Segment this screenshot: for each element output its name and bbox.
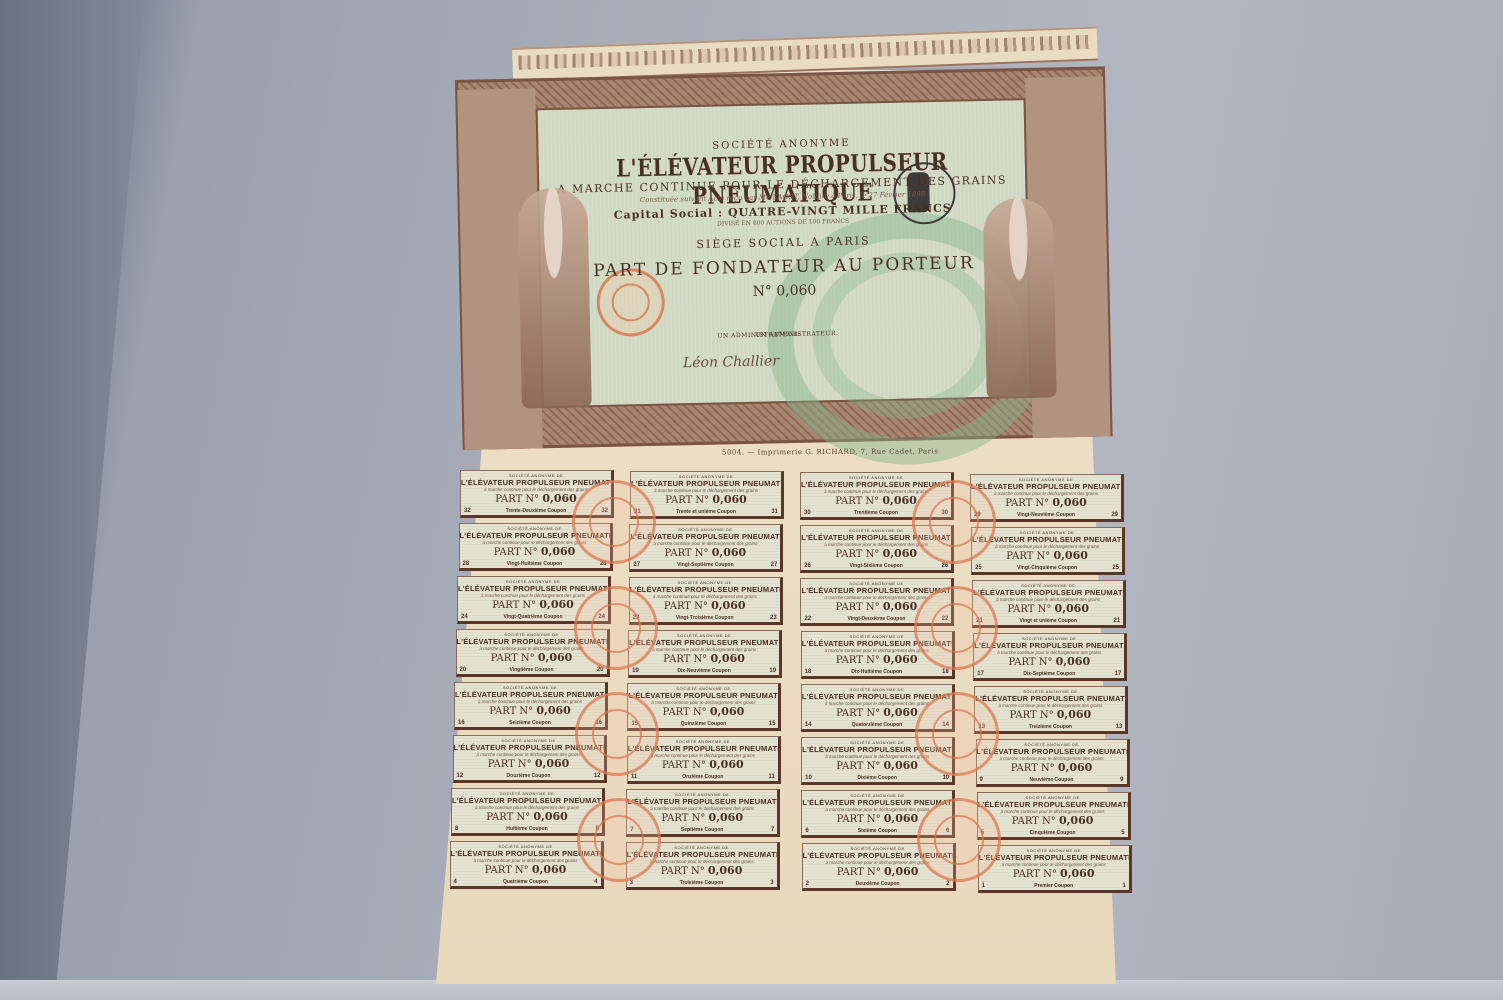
coupon-company-name: L'ÉLÉVATEUR PROPULSEUR PNEUMATIQUE [977, 747, 1127, 756]
coupon-part-number: PART N° 0,060 [978, 814, 1128, 827]
coupon: SOCIÉTÉ ANONYME DEL'ÉLÉVATEUR PROPULSEUR… [628, 630, 782, 678]
coupon: SOCIÉTÉ ANONYME DEL'ÉLÉVATEUR PROPULSEUR… [973, 633, 1127, 681]
coupon-company-name: L'ÉLÉVATEUR PROPULSEUR PNEUMATIQUE [454, 743, 604, 752]
part-number: 0,060 [1053, 549, 1087, 562]
coupon-part-number: PART N° 0,060 [979, 867, 1129, 880]
coupon: SOCIÉTÉ ANONYME DEL'ÉLÉVATEUR PROPULSEUR… [629, 524, 783, 572]
coupon-ordinal: Quatorzième Coupon [802, 722, 952, 728]
coupon-ordinal: Trente et unième Coupon [631, 509, 781, 515]
coupon-company-name: L'ÉLÉVATEUR PROPULSEUR PNEUMATIQUE [801, 586, 951, 595]
coupon-ordinal: Dix-Huitième Coupon [802, 669, 952, 675]
coupon-part-number: PART N° 0,060 [802, 812, 952, 825]
part-number: 0,060 [535, 757, 569, 770]
part-number: 0,060 [709, 811, 743, 824]
coupon: SOCIÉTÉ ANONYME DEL'ÉLÉVATEUR PROPULSEUR… [450, 841, 604, 889]
coupon: SOCIÉTÉ ANONYME DEL'ÉLÉVATEUR PROPULSEUR… [459, 523, 613, 571]
part-label: PART N° [1007, 604, 1051, 615]
coupon-company-name: L'ÉLÉVATEUR PROPULSEUR PNEUMATIQUE [455, 690, 605, 699]
part-number: 0,060 [709, 758, 743, 771]
coupon-part-number: PART N° 0,060 [802, 706, 952, 719]
capital-label: Capital Social : [614, 206, 724, 221]
coupon: SOCIÉTÉ ANONYME DEL'ÉLÉVATEUR PROPULSEUR… [801, 737, 955, 785]
coupon-part-number: PART N° 0,060 [627, 811, 777, 824]
coupon-ordinal: Cinquième Coupon [978, 830, 1128, 836]
part-label: PART N° [488, 759, 532, 770]
coupon: SOCIÉTÉ ANONYME DEL'ÉLÉVATEUR PROPULSEUR… [978, 845, 1132, 893]
coupon-ordinal: Vingt-Cinquième Coupon [972, 565, 1122, 571]
coupon-number-right: 28 [600, 561, 607, 567]
coupon-part-number: PART N° 0,060 [801, 547, 951, 560]
part-label: PART N° [1013, 869, 1057, 880]
part-label: PART N° [665, 548, 709, 559]
part-number: 0,060 [536, 704, 570, 717]
part-label: PART N° [836, 655, 880, 666]
coupon-number-right: 21 [1114, 618, 1121, 624]
coupon: SOCIÉTÉ ANONYME DEL'ÉLÉVATEUR PROPULSEUR… [627, 736, 781, 784]
coupon-company-name: L'ÉLÉVATEUR PROPULSEUR PNEUMATIQUE [801, 480, 951, 489]
coupon-number-right: 32 [601, 508, 608, 514]
part-number: 0,060 [884, 812, 918, 825]
coupon: SOCIÉTÉ ANONYME DEL'ÉLÉVATEUR PROPULSEUR… [456, 629, 610, 677]
coupon-number-right: 7 [771, 827, 774, 833]
coupon-ordinal: Trentième Coupon [801, 510, 951, 516]
coupon-ordinal: Deuxième Coupon [803, 881, 953, 887]
coupon-number-right: 13 [1116, 724, 1123, 730]
coupon: SOCIÉTÉ ANONYME DEL'ÉLÉVATEUR PROPULSEUR… [970, 474, 1124, 522]
coupon: SOCIÉTÉ ANONYME DEL'ÉLÉVATEUR PROPULSEUR… [800, 578, 954, 626]
coupon-company-name: L'ÉLÉVATEUR PROPULSEUR PNEUMATIQUE [460, 531, 610, 540]
coupon-part-number: PART N° 0,060 [452, 810, 602, 823]
coupon-company-name: L'ÉLÉVATEUR PROPULSEUR PNEUMATIQUE [802, 745, 952, 754]
part-number: 0,060 [883, 547, 917, 560]
background-fold [0, 0, 150, 1000]
coupon-company-name: L'ÉLÉVATEUR PROPULSEUR PNEUMATIQUE [629, 638, 779, 647]
coupon: SOCIÉTÉ ANONYME DEL'ÉLÉVATEUR PROPULSEUR… [974, 686, 1128, 734]
coupon-number-right: 25 [1112, 565, 1119, 571]
coupon-ordinal: Quinzième Coupon [628, 721, 778, 727]
coupon-company-name: L'ÉLÉVATEUR PROPULSEUR PNEUMATIQUE [631, 479, 781, 488]
coupon-number-right: 5 [1121, 830, 1124, 836]
part-number: 0,060 [532, 863, 566, 876]
coupon-part-number: PART N° 0,060 [457, 651, 607, 664]
coupon-ordinal: Vingt-Troisième Coupon [630, 615, 780, 621]
coupon-company-name: L'ÉLÉVATEUR PROPULSEUR PNEUMATIQUE [461, 478, 611, 487]
coupon: SOCIÉTÉ ANONYME DEL'ÉLÉVATEUR PROPULSEUR… [800, 472, 954, 520]
part-number: 0,060 [533, 810, 567, 823]
certificate-main-panel: SOCIÉTÉ ANONYME L'ÉLÉVATEUR PROPULSEUR P… [455, 66, 1113, 450]
coupon-company-name: L'ÉLÉVATEUR PROPULSEUR PNEUMATIQUE [627, 850, 777, 859]
coupon-part-number: PART N° 0,060 [461, 492, 611, 505]
coupon: SOCIÉTÉ ANONYME DEL'ÉLÉVATEUR PROPULSEUR… [629, 577, 783, 625]
part-label: PART N° [485, 865, 529, 876]
part-label: PART N° [489, 706, 533, 717]
coupon-part-number: PART N° 0,060 [451, 863, 601, 876]
printer-imprint: 5004. — Imprimerie G. RICHARD, 7, Rue Ca… [722, 447, 938, 456]
coupon: SOCIÉTÉ ANONYME DEL'ÉLÉVATEUR PROPULSEUR… [460, 470, 614, 518]
coupon-part-number: PART N° 0,060 [802, 759, 952, 772]
coupon-ordinal: Sixième Coupon [802, 828, 952, 834]
coupon-part-number: PART N° 0,060 [458, 598, 608, 611]
coupon-number-right: 23 [770, 615, 777, 621]
coupon-part-number: PART N° 0,060 [454, 757, 604, 770]
coupon: SOCIÉTÉ ANONYME DEL'ÉLÉVATEUR PROPULSEUR… [971, 527, 1125, 575]
part-number: 0,060 [883, 706, 917, 719]
part-label: PART N° [665, 495, 709, 506]
coupon-ordinal: Dixième Coupon [802, 775, 952, 781]
coupon-number-right: 3 [770, 880, 773, 886]
part-label: PART N° [494, 547, 538, 558]
part-label: PART N° [837, 867, 881, 878]
coupon-number-right: 1 [1122, 883, 1125, 889]
part-number: 0,060 [882, 494, 916, 507]
part-number: 0,060 [710, 705, 744, 718]
coupon-number-right: 10 [942, 775, 949, 781]
part-label: PART N° [835, 496, 879, 507]
coupon-number-right: 19 [769, 668, 776, 674]
part-label: PART N° [661, 866, 705, 877]
coupon-ordinal: Vingt-Sixième Coupon [801, 563, 951, 569]
part-number: 0,060 [1058, 761, 1092, 774]
coupon-ordinal: Vingtième Coupon [457, 667, 607, 673]
coupon-part-number: PART N° 0,060 [631, 493, 781, 506]
coupon-part-number: PART N° 0,060 [972, 549, 1122, 562]
coupon-number-right: 17 [1115, 671, 1122, 677]
coupon-company-name: L'ÉLÉVATEUR PROPULSEUR PNEUMATIQUE [974, 641, 1124, 650]
coupon-company-name: L'ÉLÉVATEUR PROPULSEUR PNEUMATIQUE [802, 798, 952, 807]
coupon-company-name: L'ÉLÉVATEUR PROPULSEUR PNEUMATIQUE [630, 532, 780, 541]
coupon-part-number: PART N° 0,060 [627, 864, 777, 877]
coupon-company-name: L'ÉLÉVATEUR PROPULSEUR PNEUMATIQUE [801, 533, 951, 542]
coupon-ordinal: Neuvième Coupon [977, 777, 1127, 783]
coupon-part-number: PART N° 0,060 [973, 602, 1123, 615]
coupon-number-right: 8 [596, 826, 599, 832]
part-number: 0,060 [884, 759, 918, 772]
coupon-ordinal: Treizième Coupon [975, 724, 1125, 730]
part-number: 0,060 [884, 865, 918, 878]
part-label: PART N° [662, 760, 706, 771]
part-label: PART N° [1011, 763, 1055, 774]
coupon-company-name: L'ÉLÉVATEUR PROPULSEUR PNEUMATIQUE [628, 744, 778, 753]
coupon: SOCIÉTÉ ANONYME DEL'ÉLÉVATEUR PROPULSEUR… [801, 684, 955, 732]
coupon-company-name: L'ÉLÉVATEUR PROPULSEUR PNEUMATIQUE [971, 482, 1121, 491]
coupon-company-name: L'ÉLÉVATEUR PROPULSEUR PNEUMATIQUE [458, 584, 608, 593]
coupon-part-number: PART N° 0,060 [971, 496, 1121, 509]
coupon-number-right: 15 [769, 721, 776, 727]
mercury-figure-illustration [517, 187, 592, 408]
coupon-ordinal: Huitième Coupon [452, 826, 602, 832]
part-label: PART N° [836, 602, 880, 613]
part-label: PART N° [835, 549, 879, 560]
coupon-number-right: 26 [942, 563, 949, 569]
coupon-part-number: PART N° 0,060 [801, 494, 951, 507]
part-number: 0,060 [542, 492, 576, 505]
coupon-company-name: L'ÉLÉVATEUR PROPULSEUR PNEUMATIQUE [451, 849, 601, 858]
coupon-number-right: 27 [771, 562, 778, 568]
coupon-part-number: PART N° 0,060 [801, 600, 951, 613]
coupon-sheet: SOCIÉTÉ ANONYME DEL'ÉLÉVATEUR PROPULSEUR… [452, 462, 1132, 932]
coupon: SOCIÉTÉ ANONYME DEL'ÉLÉVATEUR PROPULSEUR… [627, 683, 781, 731]
coupon-ordinal: Quatrième Coupon [451, 879, 601, 885]
part-number: 0,060 [1055, 602, 1089, 615]
seated-woman-anvil-illustration [983, 198, 1057, 399]
part-number: 0,060 [1056, 655, 1090, 668]
part-number: 0,060 [883, 653, 917, 666]
signature-left: Léon Challier [683, 353, 779, 371]
part-label: PART N° [1006, 551, 1050, 562]
coupon-company-name: L'ÉLÉVATEUR PROPULSEUR PNEUMATIQUE [803, 851, 953, 860]
part-label: PART N° [663, 707, 707, 718]
coupon-ordinal: Dix-Septième Coupon [974, 671, 1124, 677]
part-number: 0,060 [1059, 814, 1093, 827]
coupon-number-right: 2 [946, 881, 949, 887]
coupon-ordinal: Vingt et unième Coupon [973, 618, 1123, 624]
coupon-part-number: PART N° 0,060 [803, 865, 953, 878]
coupon-number-right: 24 [598, 614, 605, 620]
coupon-number-right: 11 [768, 774, 774, 780]
coupon-part-number: PART N° 0,060 [628, 705, 778, 718]
coupon-ordinal: Troisième Coupon [627, 880, 777, 886]
part-label: PART N° [1010, 710, 1054, 721]
coupon-part-number: PART N° 0,060 [629, 652, 779, 665]
coupon-company-name: L'ÉLÉVATEUR PROPULSEUR PNEUMATIQUE [452, 796, 602, 805]
coupon-ordinal: Vingt-Deuxième Coupon [801, 616, 951, 622]
coupon: SOCIÉTÉ ANONYME DEL'ÉLÉVATEUR PROPULSEUR… [457, 576, 611, 624]
part-number: 0,060 [539, 598, 573, 611]
coupon-ordinal: Dix-Neuvième Coupon [629, 668, 779, 674]
coupon-company-name: L'ÉLÉVATEUR PROPULSEUR PNEUMATIQUE [972, 535, 1122, 544]
coupon: SOCIÉTÉ ANONYME DEL'ÉLÉVATEUR PROPULSEUR… [626, 789, 780, 837]
coupon-company-name: L'ÉLÉVATEUR PROPULSEUR PNEUMATIQUE [975, 694, 1125, 703]
coupon: SOCIÉTÉ ANONYME DEL'ÉLÉVATEUR PROPULSEUR… [626, 842, 780, 890]
coupon-ordinal: Vingt-Quatrième Coupon [458, 614, 608, 620]
coupon-number-right: 31 [771, 509, 778, 515]
coupon-number-right: 9 [1120, 777, 1123, 783]
coupon-company-name: L'ÉLÉVATEUR PROPULSEUR PNEUMATIQUE [627, 797, 777, 806]
part-number: 0,060 [1060, 867, 1094, 880]
coupon-part-number: PART N° 0,060 [630, 546, 780, 559]
certificate-text-field: SOCIÉTÉ ANONYME L'ÉLÉVATEUR PROPULSEUR P… [536, 98, 1032, 408]
coupon-company-name: L'ÉLÉVATEUR PROPULSEUR PNEUMATIQUE [802, 639, 952, 648]
coupon-number-right: 22 [942, 616, 949, 622]
coupon-number-right: 16 [595, 720, 602, 726]
coupon-part-number: PART N° 0,060 [628, 758, 778, 771]
coupon-ordinal: Premier Coupon [979, 883, 1129, 889]
part-label: PART N° [661, 813, 705, 824]
part-number: 0,060 [711, 599, 745, 612]
part-label: PART N° [664, 601, 708, 612]
part-label: PART N° [492, 600, 536, 611]
coupon: SOCIÉTÉ ANONYME DEL'ÉLÉVATEUR PROPULSEUR… [454, 682, 608, 730]
coupon-part-number: PART N° 0,060 [975, 708, 1125, 721]
part-label: PART N° [836, 761, 880, 772]
coupon-number-right: 6 [946, 828, 949, 834]
part-number: 0,060 [541, 545, 575, 558]
coupon-company-name: L'ÉLÉVATEUR PROPULSEUR PNEUMATIQUE [628, 691, 778, 700]
coupon-number-right: 18 [942, 669, 949, 675]
coupon-ordinal: Douzième Coupon [454, 773, 604, 779]
part-label: PART N° [1005, 498, 1049, 509]
part-number: 0,060 [712, 493, 746, 506]
part-number: 0,060 [1057, 708, 1091, 721]
coupon: SOCIÉTÉ ANONYME DEL'ÉLÉVATEUR PROPULSEUR… [801, 790, 955, 838]
coupon-ordinal: Seizième Coupon [455, 720, 605, 726]
coupon-ordinal: Onzième Coupon [628, 774, 778, 780]
coupon-part-number: PART N° 0,060 [630, 599, 780, 612]
coupon-ordinal: Vingt-Neuvième Coupon [971, 512, 1121, 518]
coupon-number-right: 4 [594, 879, 597, 885]
part-label: PART N° [1008, 657, 1052, 668]
coupon-number-right: 29 [1111, 512, 1118, 518]
coupon: SOCIÉTÉ ANONYME DEL'ÉLÉVATEUR PROPULSEUR… [802, 843, 956, 891]
part-number: 0,060 [883, 600, 917, 613]
part-label: PART N° [495, 494, 539, 505]
coupon-number-right: 14 [942, 722, 949, 728]
part-label: PART N° [663, 654, 707, 665]
part-number: 0,060 [538, 651, 572, 664]
part-number: 0,060 [712, 546, 746, 559]
coupon-company-name: L'ÉLÉVATEUR PROPULSEUR PNEUMATIQUE [457, 637, 607, 646]
part-label: PART N° [837, 814, 881, 825]
part-number: 0,060 [708, 864, 742, 877]
coupon: SOCIÉTÉ ANONYME DEL'ÉLÉVATEUR PROPULSEUR… [972, 580, 1126, 628]
coupon: SOCIÉTÉ ANONYME DEL'ÉLÉVATEUR PROPULSEUR… [630, 471, 784, 519]
coupon-ordinal: Septième Coupon [627, 827, 777, 833]
coupon-number-right: 12 [594, 773, 601, 779]
coupon-company-name: L'ÉLÉVATEUR PROPULSEUR PNEUMATIQUE [978, 800, 1128, 809]
coupon-ordinal: Trente-Deuxième Coupon [461, 508, 611, 514]
coupon-number-right: 30 [941, 510, 948, 516]
part-label: PART N° [491, 653, 535, 664]
part-label: PART N° [486, 812, 530, 823]
part-label: PART N° [836, 708, 880, 719]
part-number: 0,060 [1052, 496, 1086, 509]
coupon: SOCIÉTÉ ANONYME DEL'ÉLÉVATEUR PROPULSEUR… [976, 739, 1130, 787]
part-label: PART N° [1012, 816, 1056, 827]
coupon-company-name: L'ÉLÉVATEUR PROPULSEUR PNEUMATIQUE [973, 588, 1123, 597]
coupon-part-number: PART N° 0,060 [974, 655, 1124, 668]
coupon-part-number: PART N° 0,060 [802, 653, 952, 666]
coupon: SOCIÉTÉ ANONYME DEL'ÉLÉVATEUR PROPULSEUR… [800, 525, 954, 573]
coupon-company-name: L'ÉLÉVATEUR PROPULSEUR PNEUMATIQUE [802, 692, 952, 701]
coupon-part-number: PART N° 0,060 [460, 545, 610, 558]
coupon: SOCIÉTÉ ANONYME DEL'ÉLÉVATEUR PROPULSEUR… [801, 631, 955, 679]
coupon-company-name: L'ÉLÉVATEUR PROPULSEUR PNEUMATIQUE [979, 853, 1129, 862]
coupon-part-number: PART N° 0,060 [977, 761, 1127, 774]
coupon-ordinal: Vingt-Septième Coupon [630, 562, 780, 568]
coupon-number-right: 20 [597, 667, 604, 673]
coupon-part-number: PART N° 0,060 [455, 704, 605, 717]
coupon: SOCIÉTÉ ANONYME DEL'ÉLÉVATEUR PROPULSEUR… [451, 788, 605, 836]
coupon-ordinal: Vingt-Huitième Coupon [460, 561, 610, 567]
part-number: 0,060 [710, 652, 744, 665]
coupon: SOCIÉTÉ ANONYME DEL'ÉLÉVATEUR PROPULSEUR… [453, 735, 607, 783]
coupon-company-name: L'ÉLÉVATEUR PROPULSEUR PNEUMATIQUE [630, 585, 780, 594]
coupon: SOCIÉTÉ ANONYME DEL'ÉLÉVATEUR PROPULSEUR… [977, 792, 1131, 840]
